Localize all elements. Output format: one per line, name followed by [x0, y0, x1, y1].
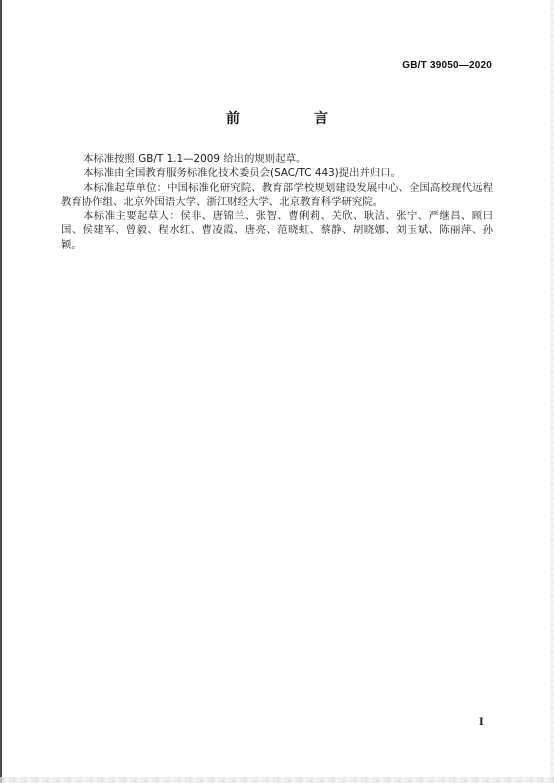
foreword-body: 本标准按照 GB/T 1.1—2009 给出的规则起草。 本标准由全国教育服务标…: [61, 152, 493, 252]
paragraph-main-drafters: 本标准主要起草人：侯非、唐锦兰、张智、曹俐莉、关欣、耿洁、张宁、严继昌、顾曰国、…: [61, 209, 493, 252]
scan-bottom-edge: [0, 777, 554, 783]
page-number: I: [479, 717, 484, 728]
paragraph-drafting-units: 本标准起草单位：中国标准化研究院、教育部学校规划建设发展中心、全国高校现代远程教…: [61, 181, 493, 210]
standard-number-header: GB/T 39050—2020: [402, 60, 492, 71]
page-title: 前 言: [0, 108, 554, 128]
paragraph-drafting-rules: 本标准按照 GB/T 1.1—2009 给出的规则起草。: [61, 152, 493, 166]
paragraph-proposed-by: 本标准由全国教育服务标准化技术委员会(SAC/TC 443)提出并归口。: [61, 166, 493, 180]
